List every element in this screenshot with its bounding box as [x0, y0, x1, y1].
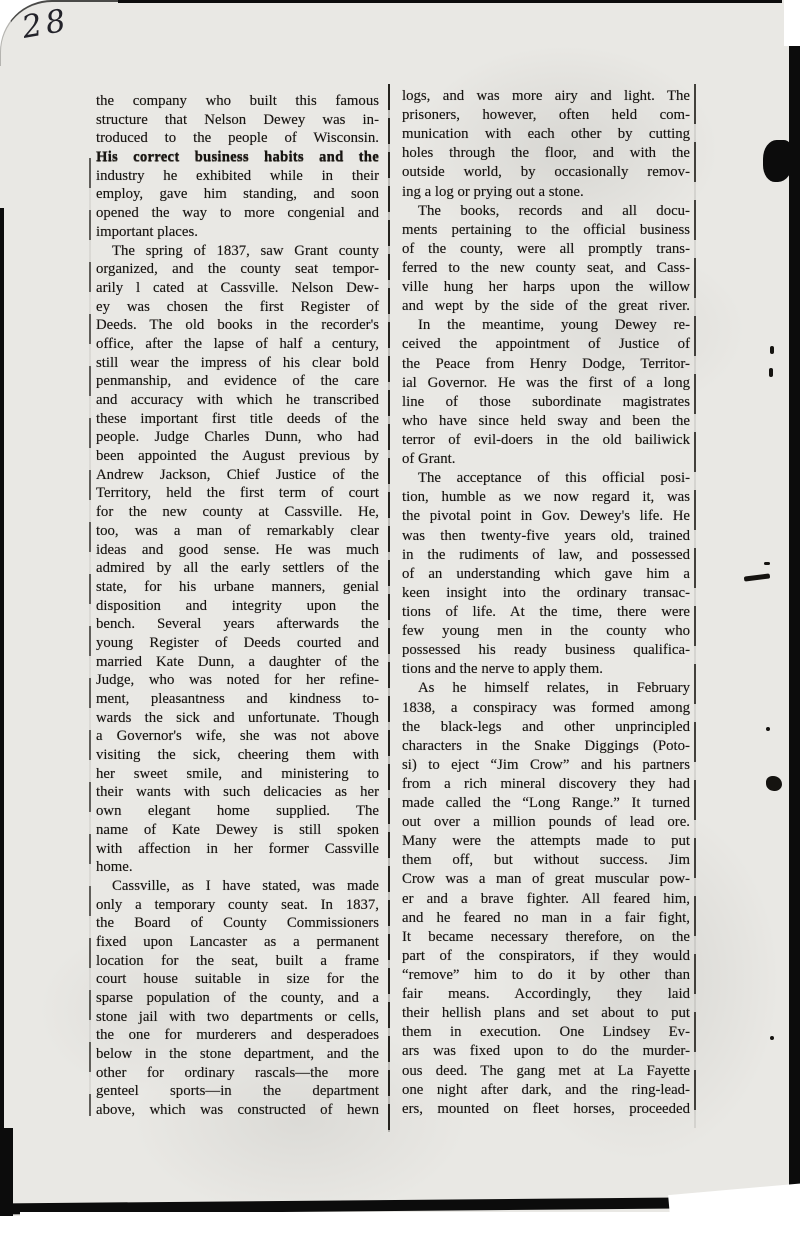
- scanned-newspaper-page: 28 the company who built this famousstru…: [0, 0, 800, 1216]
- text-line: structure that Nelson Dewey was in-: [96, 111, 379, 130]
- scan-edge-top: [118, 0, 782, 3]
- text-line: logs, and was more airy and light. The: [402, 87, 690, 106]
- text-line: genteel sports—in the department: [96, 1082, 379, 1101]
- text-line: tions of life. At the time, there were: [402, 603, 690, 622]
- text-line: er and a brave fighter. All feared him,: [402, 890, 690, 909]
- text-line: of Grant.: [402, 450, 690, 469]
- text-line: and he feared no man in a fair fight,: [402, 909, 690, 928]
- column-rule-middle: [388, 84, 390, 1132]
- text-line: these important first title deeds of the: [96, 410, 379, 429]
- text-line: characters in the Snake Diggings (Poto-: [402, 737, 690, 756]
- ink-mark: [744, 573, 770, 581]
- text-line: holes through the floor, and with the: [402, 144, 690, 163]
- text-line: ing a log or prying out a stone.: [402, 183, 690, 202]
- text-line: munication with each other by cutting: [402, 125, 690, 144]
- text-line: wards the sick and unfortunate. Though: [96, 709, 379, 728]
- text-line: ferred to the new county seat, and Cass-: [402, 259, 690, 278]
- text-line: Judge, who was noted for her refine-: [96, 671, 379, 690]
- text-line: above, which was constructed of hewn: [96, 1101, 379, 1120]
- text-line: only a temporary county seat. In 1837,: [96, 896, 379, 915]
- text-line: ments pertaining to the official busines…: [402, 221, 690, 240]
- ink-mark: [769, 368, 773, 377]
- text-line: below in the stone department, and the: [96, 1045, 379, 1064]
- text-line: court house suitable in size for the: [96, 970, 379, 989]
- text-line: The acceptance of this official posi-: [402, 469, 690, 488]
- text-line: ial Governor. He was the first of a long: [402, 374, 690, 393]
- text-line: possessed his ready business qualifica-: [402, 641, 690, 660]
- text-line: 1838, a conspiracy was formed among: [402, 699, 690, 718]
- text-line: from a rich mineral discovery they had: [402, 775, 690, 794]
- text-line: The books, records and all docu-: [402, 202, 690, 221]
- text-line: location for the seat, built a frame: [96, 952, 379, 971]
- text-line: bench. Several years afterwards the: [96, 615, 379, 634]
- scan-gap-bottom: [20, 1212, 780, 1216]
- text-line: Many were the attempts made to put: [402, 832, 690, 851]
- text-line: In the meantime, young Dewey re-: [402, 316, 690, 335]
- article-column-left: the company who built this famousstructu…: [96, 92, 379, 1120]
- text-line: too, was a man of remarkably clear: [96, 522, 379, 541]
- text-line: opened the way to more congenial and: [96, 204, 379, 223]
- text-line: arily l cated at Cassville. Nelson Dew-: [96, 279, 379, 298]
- text-line: the black-legs and other unprincipled: [402, 718, 690, 737]
- text-line: ers, mounted on fleet horses, proceeded: [402, 1100, 690, 1119]
- text-line: fixed upon Lancaster as a permanent: [96, 933, 379, 952]
- text-line: troduced to the people of Wisconsin.: [96, 129, 379, 148]
- text-line: still wear the impress of his clear bold: [96, 354, 379, 373]
- text-line: Andrew Jackson, Chief Justice of the: [96, 466, 379, 485]
- text-line: was then twenty-five years old, trained: [402, 527, 690, 546]
- text-line: Deeds. The old books in the recorder's: [96, 316, 379, 335]
- text-line: disposition and integrity upon the: [96, 597, 379, 616]
- text-line: employ, gave him standing, and soon: [96, 185, 379, 204]
- text-line: the Peace from Henry Dodge, Territor-: [402, 355, 690, 374]
- text-line: office, after the lapse of half a centur…: [96, 335, 379, 354]
- text-line: them in execution. One Lindsey Ev-: [402, 1023, 690, 1042]
- text-line: their wants with such delicacies as her: [96, 783, 379, 802]
- text-line: His correct business habits and the: [96, 148, 379, 167]
- handwritten-page-number: 28: [19, 2, 72, 46]
- text-line: sparse population of the county, and a: [96, 989, 379, 1008]
- text-line: “remove” him to do it by other than: [402, 966, 690, 985]
- text-line: few young men in the county who: [402, 622, 690, 641]
- text-line: out over a million pounds of lead ore.: [402, 813, 690, 832]
- text-line: line of those subordinate magistrates: [402, 393, 690, 412]
- text-line: and accuracy with which he transcribed: [96, 391, 379, 410]
- text-line: The spring of 1837, saw Grant county: [96, 242, 379, 261]
- text-line: stone jail with two departments or cells…: [96, 1008, 379, 1027]
- text-line: home.: [96, 858, 379, 877]
- text-line: been appointed the August previous by: [96, 447, 379, 466]
- text-line: ars was fixed upon to do the murder-: [402, 1042, 690, 1061]
- text-line: with affection in her former Cassville: [96, 840, 379, 859]
- ink-mark: [766, 776, 782, 791]
- text-line: outside world, by occasionally remov-: [402, 163, 690, 182]
- ink-mark: [770, 1036, 774, 1040]
- text-line: a Governor's wife, she was not above: [96, 727, 379, 746]
- text-line: their hellish plans and set about to put: [402, 1004, 690, 1023]
- text-line: young Register of Deeds courted and: [96, 634, 379, 653]
- text-line: si) to eject “Jim Crow” and his partners: [402, 756, 690, 775]
- text-line: them off, but without success. Jim: [402, 851, 690, 870]
- text-line: fair means. Accordingly, they laid: [402, 985, 690, 1004]
- text-line: ey was chosen the first Register of: [96, 298, 379, 317]
- text-line: for the new county at Cassville. He,: [96, 503, 379, 522]
- text-line: ment, pleasantness and kindness to-: [96, 690, 379, 709]
- text-line: of an understanding which gave him a: [402, 565, 690, 584]
- text-line: prisoners, however, often held com-: [402, 106, 690, 125]
- ink-mark: [766, 727, 770, 731]
- scan-edge-right: [789, 44, 800, 1216]
- text-line: terror of evil-doers in the old bailiwic…: [402, 431, 690, 450]
- text-line: Crow was a man of great muscular pow-: [402, 870, 690, 889]
- scan-gap-top-right: [784, 0, 800, 46]
- text-line: ideas and good sense. He was much: [96, 541, 379, 560]
- text-line: in the rudiments of law, and possessed: [402, 546, 690, 565]
- text-line: married Kate Dunn, a daughter of the: [96, 653, 379, 672]
- text-line: ous deed. The gang met at La Fayette: [402, 1062, 690, 1081]
- column-rule-right: [694, 84, 696, 1128]
- text-line: state, for his urbane manners, genial: [96, 578, 379, 597]
- text-line: Territory, held the first term of court: [96, 484, 379, 503]
- text-line: ville hung her harps upon the willow: [402, 278, 690, 297]
- text-line: other for ordinary rascals—the more: [96, 1064, 379, 1083]
- text-line: her sweet smile, and ministering to: [96, 765, 379, 784]
- text-line: industry he exhibited while in their: [96, 167, 379, 186]
- text-line: penmanship, and evidence of the care: [96, 372, 379, 391]
- text-line: ceived the appointment of Justice of: [402, 335, 690, 354]
- text-line: It became necessary therefore, on the: [402, 928, 690, 947]
- text-line: one night after dark, and the ring-lead-: [402, 1081, 690, 1100]
- text-line: Cassville, as I have stated, was made: [96, 877, 379, 896]
- text-line: admired by all the early settlers of the: [96, 559, 379, 578]
- text-line: important places.: [96, 223, 379, 242]
- text-line: of the county, were all promptly trans-: [402, 240, 690, 259]
- text-line: the pivotal point in Gov. Dewey's life. …: [402, 507, 690, 526]
- scan-corner-bottom-right: [668, 1181, 800, 1216]
- text-line: keen insight into the ordinary transac-: [402, 584, 690, 603]
- text-line: who have since held sway and been the: [402, 412, 690, 431]
- text-line: As he himself relates, in February: [402, 679, 690, 698]
- text-line: and wept by the side of the great river.: [402, 297, 690, 316]
- ink-mark: [770, 346, 774, 354]
- ink-mark: [764, 562, 770, 565]
- article-column-right: logs, and was more airy and light. Thepr…: [402, 87, 690, 1119]
- text-line: tion, humble as we now regard it, was: [402, 488, 690, 507]
- text-line: own elegant home supplied. The: [96, 802, 379, 821]
- text-line: the company who built this famous: [96, 92, 379, 111]
- text-line: the one for murderers and desperadoes: [96, 1026, 379, 1045]
- text-line: organized, and the county seat tempor-: [96, 260, 379, 279]
- column-rule-left: [89, 158, 91, 1116]
- text-line: name of Kate Dewey is still spoken: [96, 821, 379, 840]
- text-line: the Board of County Commissioners: [96, 914, 379, 933]
- text-line: visiting the sick, cheering them with: [96, 746, 379, 765]
- text-line: made called the “Long Range.” It turned: [402, 794, 690, 813]
- scan-edge-left: [0, 208, 4, 1216]
- text-line: people. Judge Charles Dunn, who had: [96, 428, 379, 447]
- text-line: part of the conspirators, if they would: [402, 947, 690, 966]
- text-line: tions and the nerve to apply them.: [402, 660, 690, 679]
- ink-blob-right-margin: [763, 140, 793, 182]
